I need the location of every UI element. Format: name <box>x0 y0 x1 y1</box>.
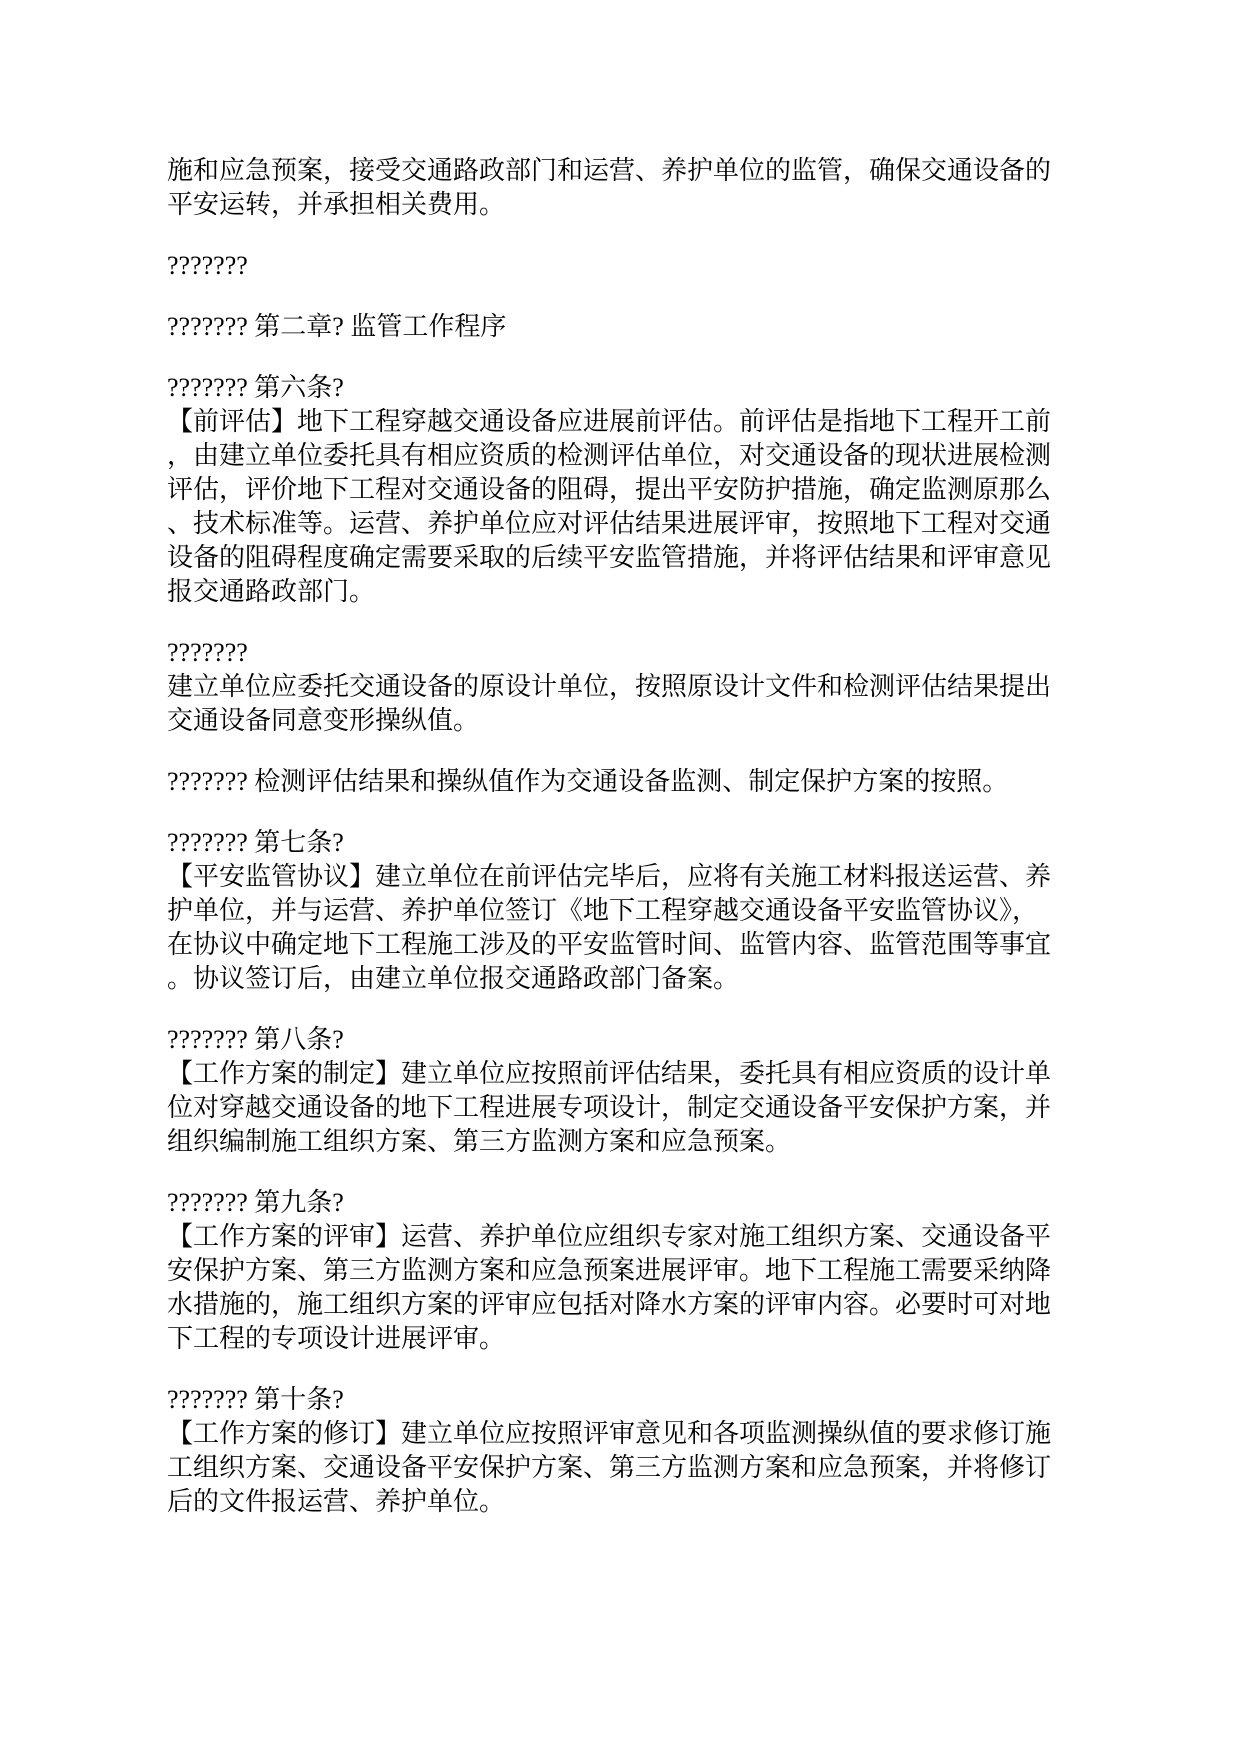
article-6-paragraph: ??????? 第六条? 【前评估】地下工程穿越交通设备应进展前评估。前评估是指… <box>167 371 1051 609</box>
body-continuation-paragraph: 施和应急预案，接受交通路政部门和运营、养护单位的监管，确保交通设备的 平安运转，… <box>167 154 1051 222</box>
placeholder-line: ??????? <box>167 249 1051 283</box>
article-8-paragraph: ??????? 第八条? 【工作方案的制定】建立单位应按照前评估结果，委托具有相… <box>167 1023 1051 1159</box>
document-page: 施和应急预案，接受交通路政部门和运营、养护单位的监管，确保交通设备的 平安运转，… <box>0 0 1241 1754</box>
article-9-paragraph: ??????? 第九条? 【工作方案的评审】运营、养护单位应组织专家对施工组织方… <box>167 1186 1051 1356</box>
article-6-supplement-paragraph: ??????? 建立单位应委托交通设备的原设计单位，按照原设计文件和检测评估结果… <box>167 636 1051 738</box>
document-content: 施和应急预案，接受交通路政部门和运营、养护单位的监管，确保交通设备的 平安运转，… <box>167 154 1051 1519</box>
article-10-paragraph: ??????? 第十条? 【工作方案的修订】建立单位应按照评审意见和各项监测操纵… <box>167 1383 1051 1519</box>
article-7-paragraph: ??????? 第七条? 【平安监管协议】建立单位在前评估完毕后，应将有关施工材… <box>167 826 1051 996</box>
chapter-heading-paragraph: ??????? 第二章? 监管工作程序 <box>167 310 1051 344</box>
article-6-supplement-2-paragraph: ??????? 检测评估结果和操纵值作为交通设备监测、制定保护方案的按照。 <box>167 765 1051 799</box>
